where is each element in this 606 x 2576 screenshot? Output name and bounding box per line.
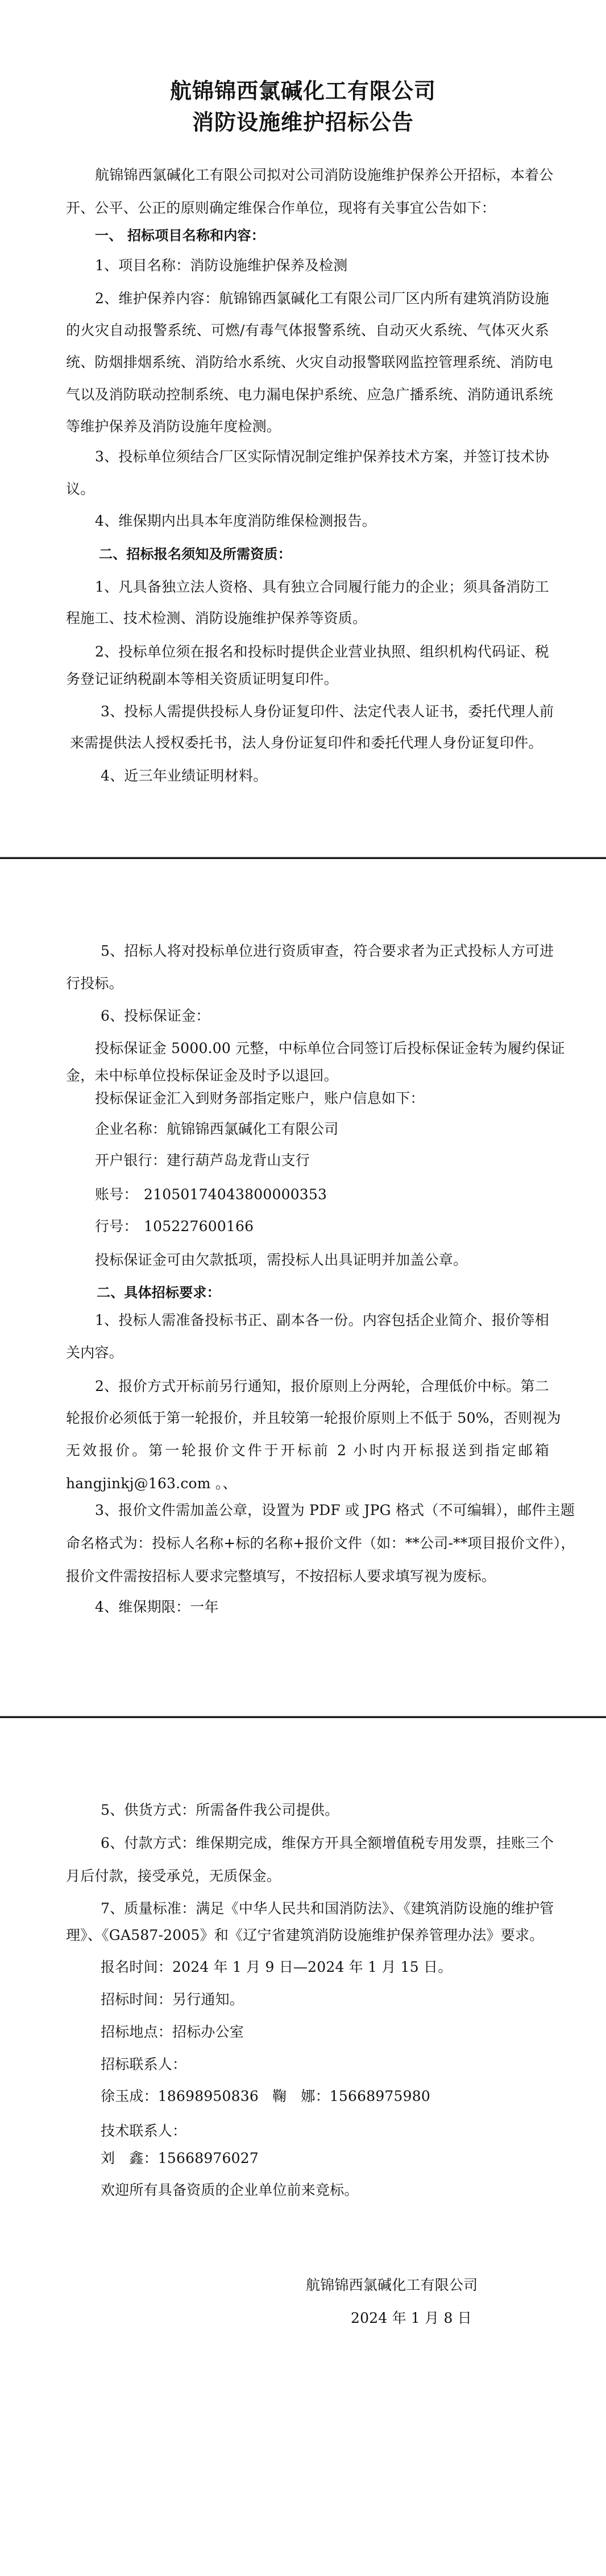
intro-line: 开、公平、公正的原则确定维保合作单位，现将有关事宜公告如下：	[66, 199, 496, 218]
list-item: 3、投标人需提供投标人身份证复印件、法定代表人证书，委托代理人前	[101, 702, 549, 721]
account-company: 企业名称：航锦锦西氯碱化工有限公司	[95, 1120, 338, 1139]
deposit-offset: 投标保证金可由欠款抵项，需投标人出具证明并加盖公章。	[95, 1250, 467, 1270]
list-item: 1、投标人需准备投标书正、副本各一份。内容包括企业简介、报价等相	[95, 1311, 549, 1330]
list-item: 3、报价文件需加盖公章，设置为 PDF 或 JPG 格式（不可编辑），邮件主题	[95, 1501, 549, 1520]
list-item: 4、近三年业绩证明材料。	[101, 766, 267, 786]
account-company-value: 航锦锦西氯碱化工有限公司	[167, 1121, 338, 1137]
deposit-transfer: 投标保证金汇入到财务部指定账户，账户信息如下：	[95, 1089, 425, 1108]
account-bank-code-value: 105227600166	[144, 1218, 254, 1235]
list-item-cont: 轮报价必须低于第一轮报价，并且较第一轮报价原则上不低于 50%，否则视为	[66, 1409, 549, 1428]
document-title: 航锦锦西氯碱化工有限公司	[0, 77, 606, 105]
list-item: 4、维保期限：一年	[95, 1597, 219, 1617]
bid-contact-label: 招标联系人：	[101, 2055, 186, 2074]
deposit-text-cont: 金，未中标单位投标保证金及时予以退回。	[66, 1066, 338, 1085]
page-divider	[0, 857, 606, 859]
list-item: 1、凡具备独立法人资格、具有独立合同履行能力的企业；须具备消防工	[95, 577, 549, 597]
list-item-cont: 月后付款，接受承兑，无质保金。	[66, 1867, 281, 1886]
list-item-cont: 气以及消防联动控制系统、电力漏电保护系统、应急广播系统、消防通讯系统	[66, 385, 549, 404]
closing-text: 欢迎所有具备资质的企业单位前来竞标。	[101, 2181, 359, 2200]
tech-contact: 刘 鑫：15668976027	[101, 2149, 259, 2168]
email-link[interactable]: hangjinkj@163.com 。、	[66, 1474, 237, 1493]
list-item-cont: 理》、《GA587-2005》和《辽宁省建筑消防设施维护保养管理办法》要求。	[66, 1926, 543, 1945]
list-item-cont: 行投标。	[66, 974, 123, 993]
list-item: 2、报价方式开标前另行通知，报价原则上分两轮，合理低价中标。第二	[95, 1377, 549, 1396]
tech-contact-label: 技术联系人：	[101, 2121, 186, 2141]
section-heading: 二、招标报名须知及所需资质：	[99, 544, 292, 564]
account-number-label: 账号：	[95, 1185, 144, 1204]
account-number: 账号：21050174043800000353	[95, 1185, 327, 1204]
signature-date: 2024 年 1 月 8 日	[351, 2309, 472, 2328]
list-item: 6、投标保证金：	[101, 1006, 210, 1026]
bid-contact-1: 徐玉成：18698950836	[101, 2087, 272, 2106]
bid-contact-2: 鞠 娜：15668975980	[272, 2088, 430, 2104]
bid-location: 招标地点：招标办公室	[101, 2022, 244, 2042]
list-item-cont: 议。	[66, 480, 94, 499]
list-item-cont: 统、防烟排烟系统、消防给水系统、火灾自动报警联网监控管理系统、消防电	[66, 353, 549, 372]
section-heading: 二、具体招标要求：	[97, 1283, 221, 1302]
bid-time: 招标时间：另行通知。	[101, 1990, 244, 2009]
registration-time: 报名时间：2024 年 1 月 9 日—2024 年 1 月 15 日。	[101, 1958, 452, 1977]
list-item-cont: 来需提供法人授权委托书，法人身份证复印件和委托代理人身份证复印件。	[70, 733, 536, 753]
account-bank: 开户银行：建行葫芦岛龙背山支行	[95, 1151, 310, 1170]
list-item: 1、项目名称：消防设施维护保养及检测	[95, 256, 348, 275]
list-item-cont: 等维护保养及消防设施年度检测。	[66, 417, 281, 436]
list-item: 5、供货方式：所需备件我公司提供。	[101, 1801, 339, 1820]
account-bank-code-label: 行号：	[95, 1217, 144, 1236]
list-item: 7、质量标准：满足《中华人民共和国消防法》、《建筑消防设施的维护管	[101, 1899, 549, 1918]
list-item: 5、招标人将对投标单位进行资质审查，符合要求者为正式投标人方可进	[101, 942, 549, 961]
list-item-cont: 关内容。	[66, 1343, 123, 1363]
list-item: 4、维保期内出具本年度消防维保检测报告。	[95, 511, 376, 531]
list-item: 2、维护保养内容：航锦锦西氯碱化工有限公司厂区内所有建筑消防设施	[95, 289, 549, 308]
list-item: 3、投标单位须结合厂区实际情况制定维护保养技术方案，并签订技术协	[95, 447, 549, 467]
list-item-cont: 程施工、技术检测、消防设施维护保养等资质。	[66, 609, 367, 628]
list-item: 6、付款方式：维保期完成，维保方开具全额增值税专用发票，挂账三个	[101, 1834, 549, 1853]
intro-line: 航锦锦西氯碱化工有限公司拟对公司消防设施维护保养公开招标，本着公	[95, 166, 549, 185]
list-item-cont: 报价文件需按招标人要求完整填写，不按招标人要求填写视为废标。	[66, 1567, 496, 1586]
list-item-cont: 命名格式为：投标人名称+标的名称+报价文件（如：**公司-**项目报价文件），	[66, 1534, 549, 1553]
page-divider	[0, 1716, 606, 1718]
bid-contact-row: 徐玉成：18698950836鞠 娜：15668975980	[101, 2087, 430, 2106]
list-item-cont: 无效报价。第一轮报价文件于开标前 2 小时内开标报送到指定邮箱	[66, 1441, 549, 1460]
signature-company: 航锦锦西氯碱化工有限公司	[306, 2276, 478, 2295]
account-number-value: 21050174043800000353	[144, 1186, 327, 1203]
list-item-cont: 务登记证纳税副本等相关资质证明复印件。	[66, 670, 338, 689]
list-item: 2、投标单位须在报名和投标时提供企业营业执照、组织机构代码证、税	[95, 642, 549, 662]
account-bank-label: 开户银行：	[95, 1152, 167, 1169]
account-bank-value: 建行葫芦岛龙背山支行	[167, 1152, 310, 1169]
section-heading: 一、 招标项目名称和内容：	[95, 226, 265, 245]
document-subtitle: 消防设施维护招标公告	[0, 109, 606, 136]
account-company-label: 企业名称：	[95, 1121, 167, 1137]
list-item-cont: 的火灾自动报警系统、可燃/有毒气体报警系统、自动灭火系统、气体灭火系	[66, 321, 549, 340]
deposit-text: 投标保证金 5000.00 元整，中标单位合同签订后投标保证金转为履约保证	[95, 1039, 549, 1058]
account-bank-code: 行号：105227600166	[95, 1217, 254, 1236]
